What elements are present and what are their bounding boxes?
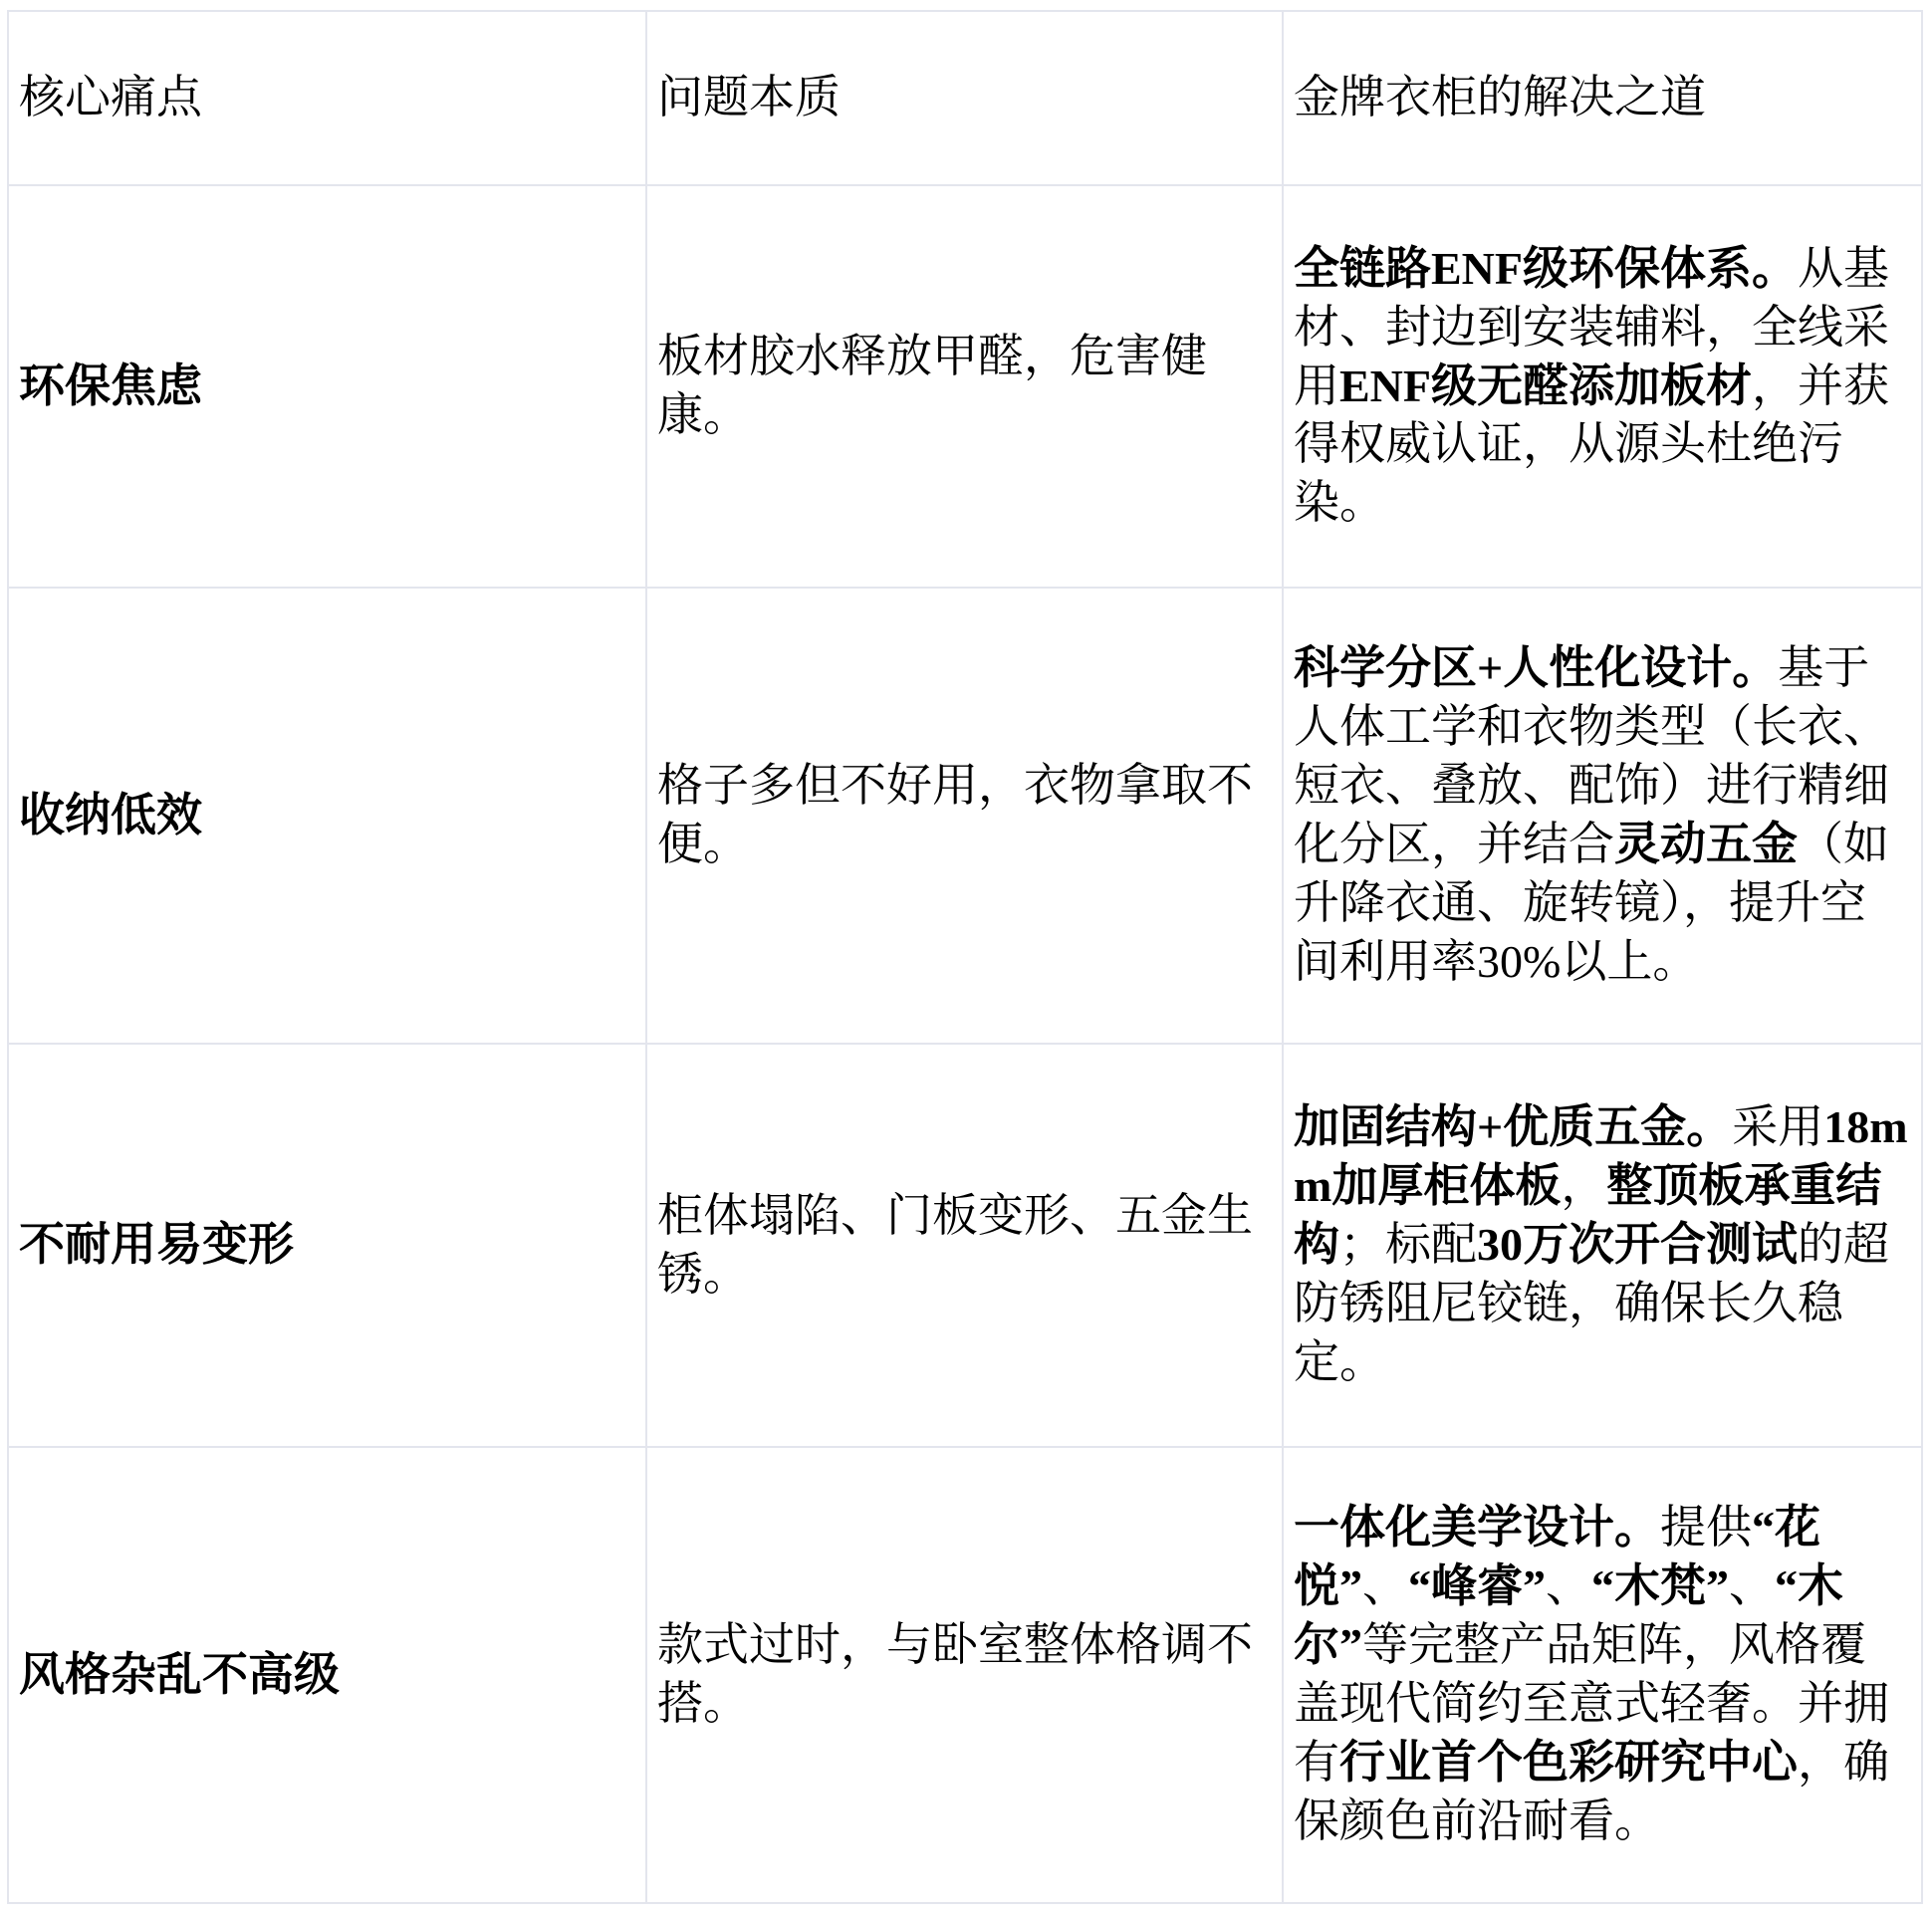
header-cell-pain-point: 核心痛点 xyxy=(8,11,646,185)
solution-text: 、 xyxy=(1546,1560,1591,1611)
document-page: 核心痛点 问题本质 金牌衣柜的解决之道 环保焦虑 板材胶水释放甲醛，危害健康。 … xyxy=(0,0,1932,1913)
solution-cell: 全链路ENF级环保体系。从基材、封边到安装辅料，全线采用ENF级无醛添加板材，并… xyxy=(1283,185,1922,588)
header-cell-essence: 问题本质 xyxy=(646,11,1283,185)
solution-cell: 加固结构+优质五金。采用18mm加厚柜体板，整顶板承重结构；标配30万次开合测试… xyxy=(1283,1044,1922,1447)
essence-cell: 柜体塌陷、门板变形、五金生锈。 xyxy=(646,1044,1283,1447)
essence-cell: 格子多但不好用，衣物拿取不便。 xyxy=(646,588,1283,1044)
solution-text: 、 xyxy=(1729,1560,1775,1611)
solution-text-bold: 科学分区+人性化设计。 xyxy=(1294,642,1778,693)
solution-text-bold: 一体化美学设计。 xyxy=(1294,1502,1660,1553)
solution-text: 采用 xyxy=(1732,1101,1823,1152)
pain-point-cell: 收纳低效 xyxy=(8,588,646,1044)
solution-cell: 一体化美学设计。提供“花悦”、“峰睿”、“木梵”、“木尔”等完整产品矩阵，风格覆… xyxy=(1283,1447,1922,1903)
solution-text: ， xyxy=(1561,1160,1606,1211)
essence-cell: 款式过时，与卧室整体格调不搭。 xyxy=(646,1447,1283,1903)
essence-cell: 板材胶水释放甲醛，危害健康。 xyxy=(646,185,1283,588)
solution-text-bold: 行业首个色彩研究中心 xyxy=(1339,1737,1798,1788)
table-row: 风格杂乱不高级 款式过时，与卧室整体格调不搭。 一体化美学设计。提供“花悦”、“… xyxy=(8,1447,1922,1903)
pain-point-cell: 环保焦虑 xyxy=(8,185,646,588)
table-row: 不耐用易变形 柜体塌陷、门板变形、五金生锈。 加固结构+优质五金。采用18mm加… xyxy=(8,1044,1922,1447)
solution-text-bold: “峰睿” xyxy=(1408,1560,1546,1611)
pain-point-table: 核心痛点 问题本质 金牌衣柜的解决之道 环保焦虑 板材胶水释放甲醛，危害健康。 … xyxy=(7,10,1923,1904)
solution-text: ；标配 xyxy=(1339,1219,1477,1270)
table-row: 收纳低效 格子多但不好用，衣物拿取不便。 科学分区+人性化设计。基于人体工学和衣… xyxy=(8,588,1922,1044)
header-row: 核心痛点 问题本质 金牌衣柜的解决之道 xyxy=(8,11,1922,185)
pain-point-cell: 风格杂乱不高级 xyxy=(8,1447,646,1903)
table-row: 环保焦虑 板材胶水释放甲醛，危害健康。 全链路ENF级环保体系。从基材、封边到安… xyxy=(8,185,1922,588)
solution-text-bold: ENF级无醛添加板材 xyxy=(1339,360,1752,411)
solution-text-bold: 全链路ENF级环保体系。 xyxy=(1294,243,1798,294)
header-cell-solution: 金牌衣柜的解决之道 xyxy=(1283,11,1922,185)
solution-cell: 科学分区+人性化设计。基于人体工学和衣物类型（长衣、短衣、叠放、配饰）进行精细化… xyxy=(1283,588,1922,1044)
solution-text-bold: 30万次开合测试 xyxy=(1477,1219,1798,1270)
solution-text-bold: “木梵” xyxy=(1591,1560,1729,1611)
solution-text-bold: 加固结构+优质五金。 xyxy=(1294,1101,1732,1152)
solution-text: 提供 xyxy=(1660,1502,1752,1553)
pain-point-cell: 不耐用易变形 xyxy=(8,1044,646,1447)
solution-text: 、 xyxy=(1362,1560,1408,1611)
solution-text-bold: 灵动五金 xyxy=(1614,819,1798,869)
